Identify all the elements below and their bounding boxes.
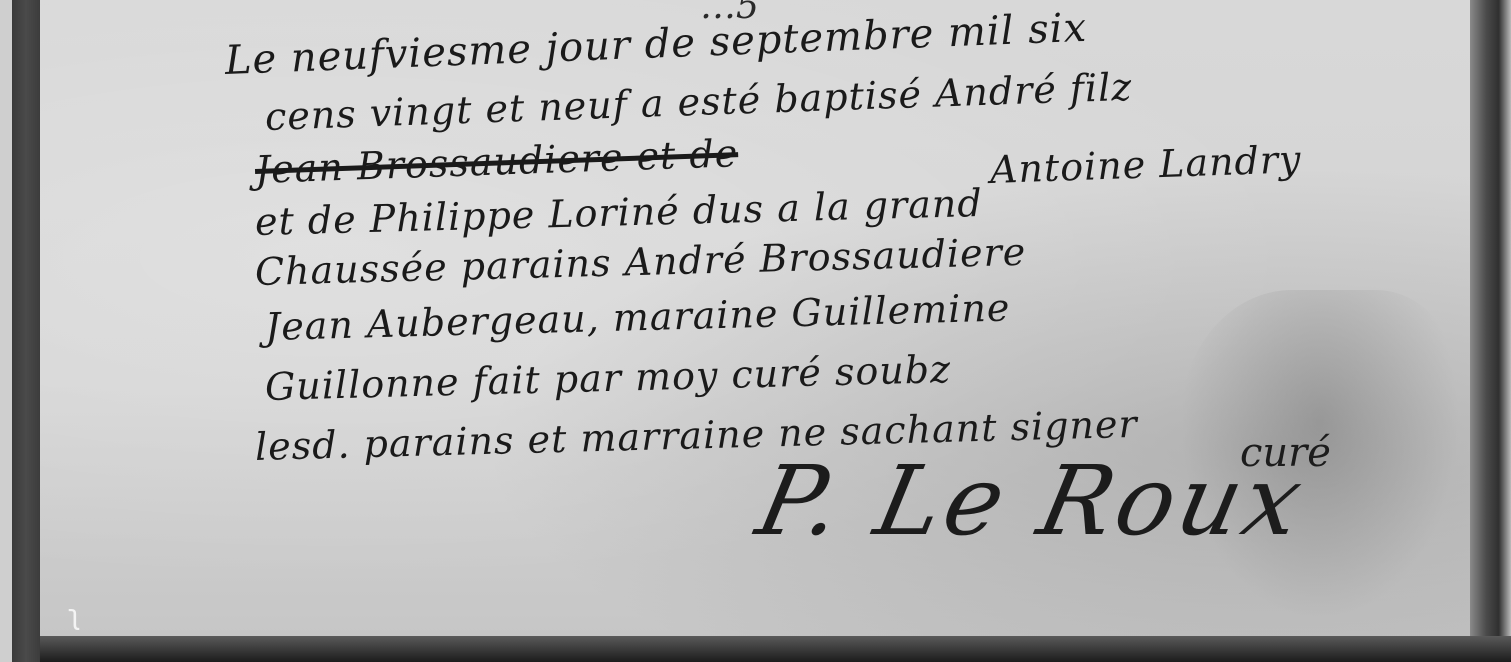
- margin-mark: ʅ: [68, 598, 81, 631]
- priest-signature: P. Le Roux: [748, 445, 1315, 557]
- signature-title: curé: [1240, 430, 1331, 476]
- scanned-manuscript-page: …5 Le neufviesme jour de septembre mil s…: [0, 0, 1511, 662]
- page-bottom-edge: [40, 636, 1511, 662]
- page-binding-edge: [12, 0, 40, 662]
- page-right-edge: [1470, 0, 1511, 662]
- left-margin-strip: [0, 0, 12, 662]
